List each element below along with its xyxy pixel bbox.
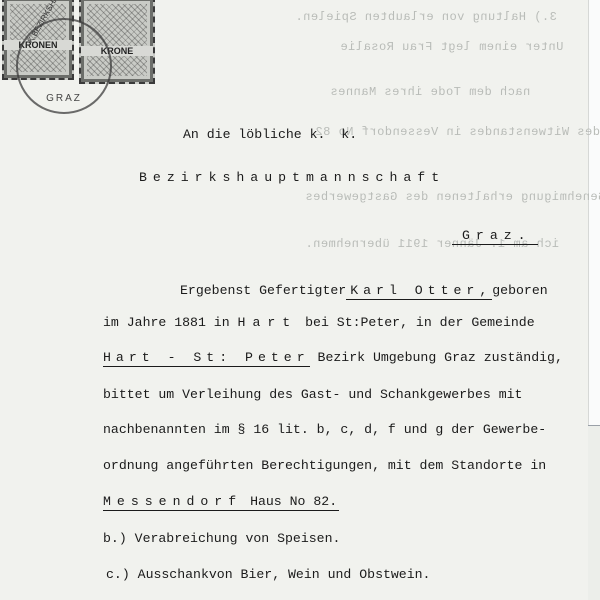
applicant-name: Karl Otter, xyxy=(346,283,492,300)
bleed-through-line: 3.) Haltung von erlaubten Spielen. xyxy=(295,10,557,24)
birthplace: Hart xyxy=(238,315,298,330)
postmark-city: GRAZ xyxy=(18,93,110,104)
bleed-through-line: nach dem Tode ihres Mannes xyxy=(330,85,530,99)
body-line-6: ordnung angeführten Berechtigungen, mit … xyxy=(103,458,546,473)
body-line-5: nachbenannten im § 16 lit. b, c, d, f un… xyxy=(103,422,546,437)
body-line-7: Messendorf Haus No 82. xyxy=(103,494,339,509)
bleed-through-line: ich nach Genehmigung erhaltenen des Gast… xyxy=(305,190,600,204)
right-item: b.) Verabreichung von Speisen. xyxy=(103,531,340,546)
body-line-2: im Jahre 1881 in Hart bei St:Peter, in d… xyxy=(103,315,535,330)
right-item: c.) Ausschankvon Bier, Wein und Obstwein… xyxy=(106,567,430,582)
municipality: Hart - St: Peter xyxy=(103,350,310,367)
postmark-cancellation: K.BEZIRKSHAUPT GRAZ xyxy=(16,18,112,114)
bleed-through-line: des Witwenstandes in Vessendorf No 82 xyxy=(315,125,600,139)
body-line-4: bittet um Verleihung des Gast- und Schan… xyxy=(103,387,522,402)
bleed-through-line: Unter einem legt Frau Rosalie xyxy=(340,40,563,54)
body-line-1: Ergebenst GefertigterKarl Otter,geboren xyxy=(180,283,548,298)
authority-name: Bezirkshauptmannschaft xyxy=(139,170,445,185)
scanner-edge xyxy=(588,0,600,600)
salutation-prefix: An die löbliche xyxy=(183,127,302,142)
business-location: Messendorf Haus No 82. xyxy=(103,494,339,511)
salutation: An die löbliche k. k. xyxy=(183,127,357,142)
authority-city: Graz. xyxy=(452,228,538,243)
body-line-3: Hart - St: Peter Bezirk Umgebung Graz zu… xyxy=(103,350,563,365)
salutation-suffix: k. k. xyxy=(310,127,357,142)
underlying-sheet-edge xyxy=(588,425,600,600)
scanned-document-page: 3.) Haltung von erlaubten Spielen. Unter… xyxy=(0,0,600,600)
